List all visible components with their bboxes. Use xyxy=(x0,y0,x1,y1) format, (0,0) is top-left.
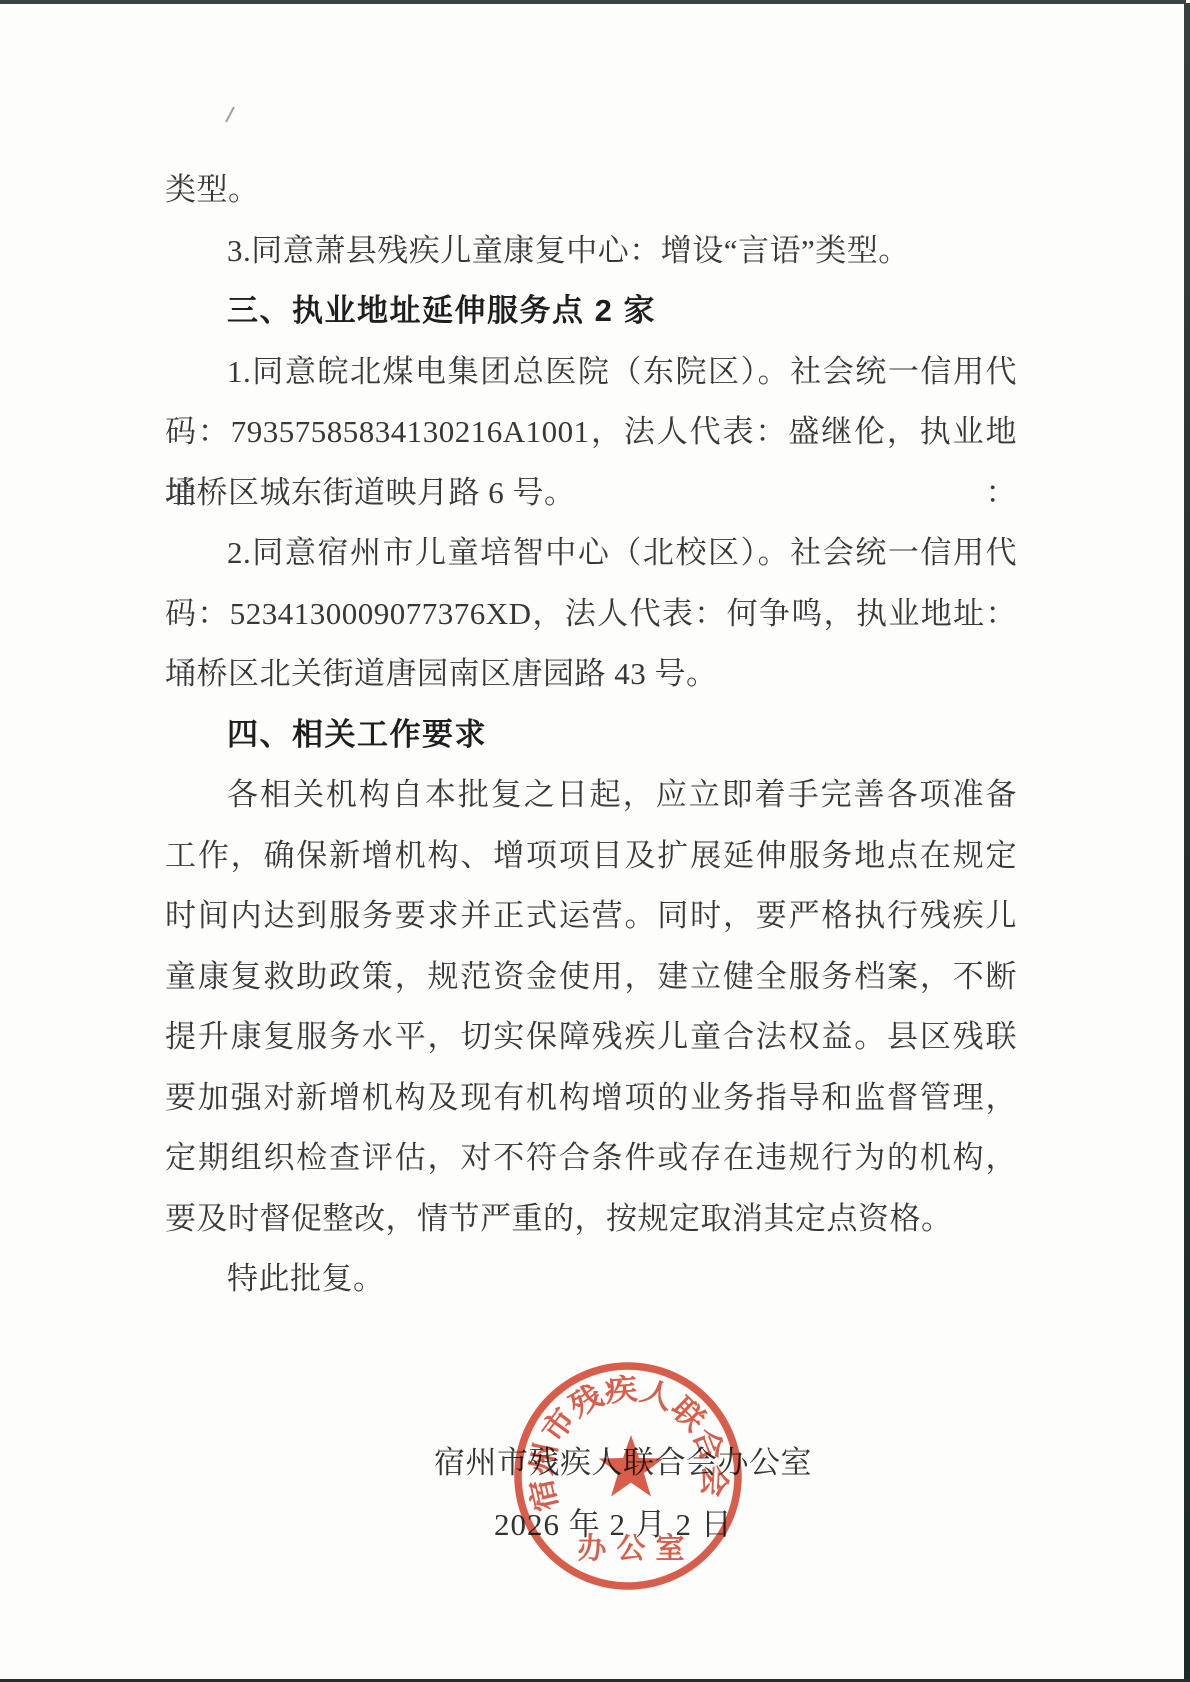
text-line: 类型。 xyxy=(165,160,1017,221)
seal-bottom-text: 办公室 xyxy=(577,1532,694,1565)
official-seal-stamp: 宿州市残疾人联合会 办公室 xyxy=(508,1356,748,1596)
text-line: 各相关机构自本批复之日起，应立即着手完善各项准备 xyxy=(165,765,1017,826)
text-line: 2.同意宿州市儿童培智中心（北校区）。社会统一信用代 xyxy=(165,523,1017,584)
text-line: 要及时督促整改，情节严重的，按规定取消其定点资格。 xyxy=(165,1189,1017,1250)
text-line: 提升康复服务水平，切实保障残疾儿童合法权益。县区残联 xyxy=(165,1007,1017,1068)
section-heading: 三、执业地址延伸服务点 2 家 xyxy=(165,281,1017,342)
section-heading: 四、相关工作要求 xyxy=(165,705,1017,766)
text-line: 码：5234130009077376XD，法人代表：何争鸣，执业地址： xyxy=(165,584,1017,645)
text-line: 时间内达到服务要求并正式运营。同时，要严格执行残疾儿 xyxy=(165,886,1017,947)
scan-edge-right xyxy=(1184,3,1190,1682)
text-line: 3.同意萧县残疾儿童康复中心：增设“言语”类型。 xyxy=(165,221,1017,282)
text-line: 埇桥区北关街道唐园南区唐园路 43 号。 xyxy=(165,644,1017,705)
document-body: 类型。3.同意萧县残疾儿童康复中心：增设“言语”类型。三、执业地址延伸服务点 2… xyxy=(165,160,1017,1310)
seal-star-icon xyxy=(599,1435,664,1497)
text-line: 特此批复。 xyxy=(165,1249,1017,1310)
text-line: 工作，确保新增机构、增项项目及扩展延伸服务地点在规定 xyxy=(165,826,1017,887)
text-line: 要加强对新增机构及现有机构增项的业务指导和监督管理， xyxy=(165,1068,1017,1129)
scan-artifact-mark xyxy=(225,107,235,123)
text-line: 童康复救助政策，规范资金使用，建立健全服务档案，不断 xyxy=(165,947,1017,1008)
scan-edge-top xyxy=(0,0,1186,4)
text-line: 定期组织检查评估，对不符合条件或存在违规行为的机构， xyxy=(165,1128,1017,1189)
text-line: 码：79357585834130216A1001，法人代表：盛继伦，执业地址： xyxy=(165,402,1017,463)
text-line: 1.同意皖北煤电集团总医院（东院区）。社会统一信用代 xyxy=(165,342,1017,403)
document-page: 类型。3.同意萧县残疾儿童康复中心：增设“言语”类型。三、执业地址延伸服务点 2… xyxy=(0,0,1190,1682)
